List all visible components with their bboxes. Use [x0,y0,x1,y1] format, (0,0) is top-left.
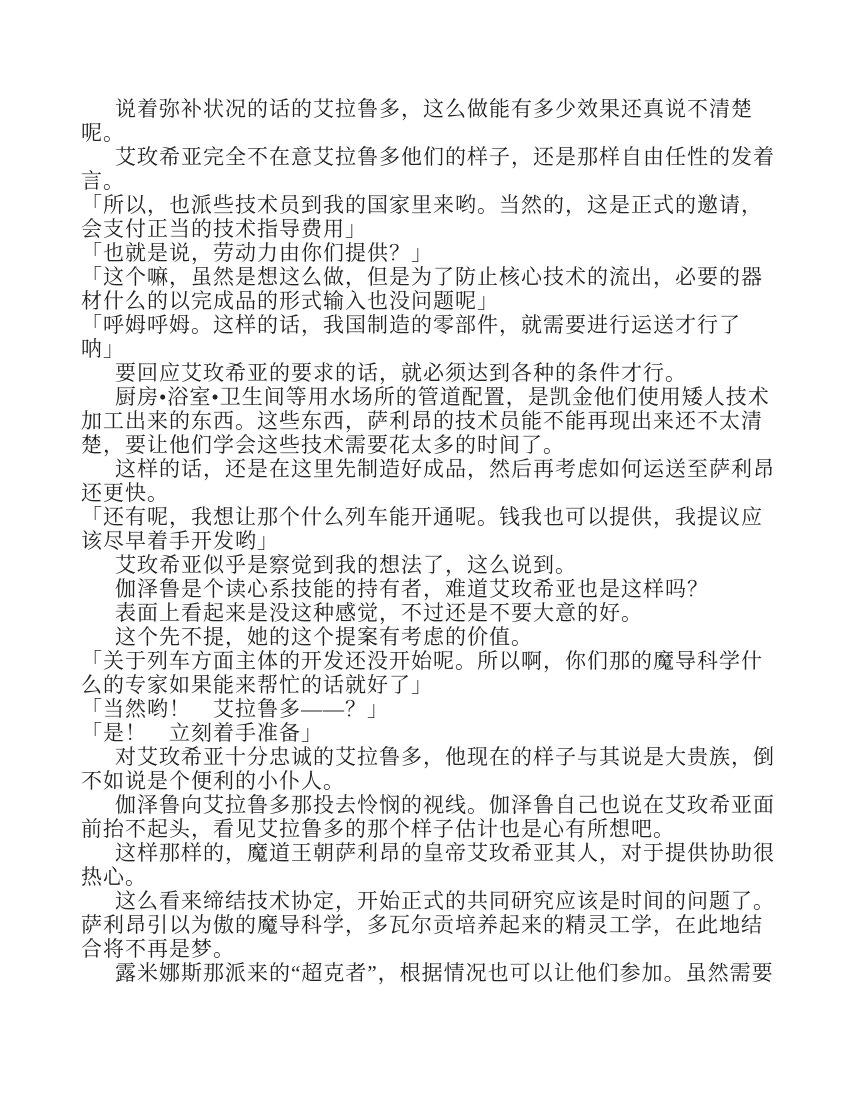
text-line: 不如说是个便利的小仆人。 [81,769,773,793]
text-line: 材什么的以完成品的形式输入也没问题呢」 [81,289,773,313]
text-line: 楚，要让他们学会这些技术需要花太多的时间了。 [81,433,773,457]
text-line: 露米娜斯那派来的“超克者”，根据情况也可以让他们参加。虽然需要 [81,961,773,985]
text-line: 会支付正当的技术指导费用」 [81,217,773,241]
text-line: 对艾玫希亚十分忠诚的艾拉鲁多，他现在的样子与其说是大贵族，倒 [81,745,773,769]
text-line: 艾玫希亚似乎是察觉到我的想法了，这么说到。 [81,553,773,577]
text-line: 呢。 [81,121,773,145]
text-line: 呐」 [81,337,773,361]
page-text: 说着弥补状况的话的艾拉鲁多，这么做能有多少效果还真说不清楚呢。艾玫希亚完全不在意… [81,97,773,985]
text-line: 么的专家如果能来帮忙的话就好了」 [81,673,773,697]
text-line: 说着弥补状况的话的艾拉鲁多，这么做能有多少效果还真说不清楚 [81,97,773,121]
text-line: 热心。 [81,865,773,889]
text-line: 「呼姆呼姆。这样的话，我国制造的零部件，就需要进行运送才行了 [81,313,773,337]
text-line: 还更快。 [81,481,773,505]
text-line: 该尽早着手开发哟」 [81,529,773,553]
text-line: 这样那样的，魔道王朝萨利昂的皇帝艾玫希亚其人，对于提供协助很 [81,841,773,865]
text-line: 「关于列车方面主体的开发还没开始呢。所以啊，你们那的魔导科学什 [81,649,773,673]
text-line: 这么看来缔结技术协定，开始正式的共同研究应该是时间的问题了。 [81,889,773,913]
text-line: 合将不再是梦。 [81,937,773,961]
text-line: 「也就是说，劳动力由你们提供？」 [81,241,773,265]
text-line: 萨利昂引以为傲的魔导科学，多瓦尔贡培养起来的精灵工学，在此地结 [81,913,773,937]
text-line: 伽泽鲁是个读心系技能的持有者，难道艾玫希亚也是这样吗？ [81,577,773,601]
text-line: 「当然哟！ 艾拉鲁多——？」 [81,697,773,721]
text-line: 言。 [81,169,773,193]
text-line: 表面上看起来是没这种感觉，不过还是不要大意的好。 [81,601,773,625]
text-line: 这个先不提，她的这个提案有考虑的价值。 [81,625,773,649]
text-line: 要回应艾玫希亚的要求的话，就必须达到各种的条件才行。 [81,361,773,385]
text-line: 伽泽鲁向艾拉鲁多那投去怜悯的视线。伽泽鲁自己也说在艾玫希亚面 [81,793,773,817]
text-line: 「这个嘛，虽然是想这么做，但是为了防止核心技术的流出，必要的器 [81,265,773,289]
text-line: 「还有呢，我想让那个什么列车能开通呢。钱我也可以提供，我提议应 [81,505,773,529]
text-line: 加工出来的东西。这些东西，萨利昂的技术员能不能再现出来还不太清 [81,409,773,433]
ebook-page: 说着弥补状况的话的艾拉鲁多，这么做能有多少效果还真说不清楚呢。艾玫希亚完全不在意… [0,0,850,1100]
text-line: 「所以，也派些技术员到我的国家里来哟。当然的，这是正式的邀请， [81,193,773,217]
text-line: 厨房•浴室•卫生间等用水场所的管道配置，是凯金他们使用矮人技术 [81,385,773,409]
text-line: 前抬不起头，看见艾拉鲁多的那个样子估计也是心有所想吧。 [81,817,773,841]
text-line: 「是！ 立刻着手准备」 [81,721,773,745]
text-line: 艾玫希亚完全不在意艾拉鲁多他们的样子，还是那样自由任性的发着 [81,145,773,169]
text-line: 这样的话，还是在这里先制造好成品，然后再考虑如何运送至萨利昂 [81,457,773,481]
